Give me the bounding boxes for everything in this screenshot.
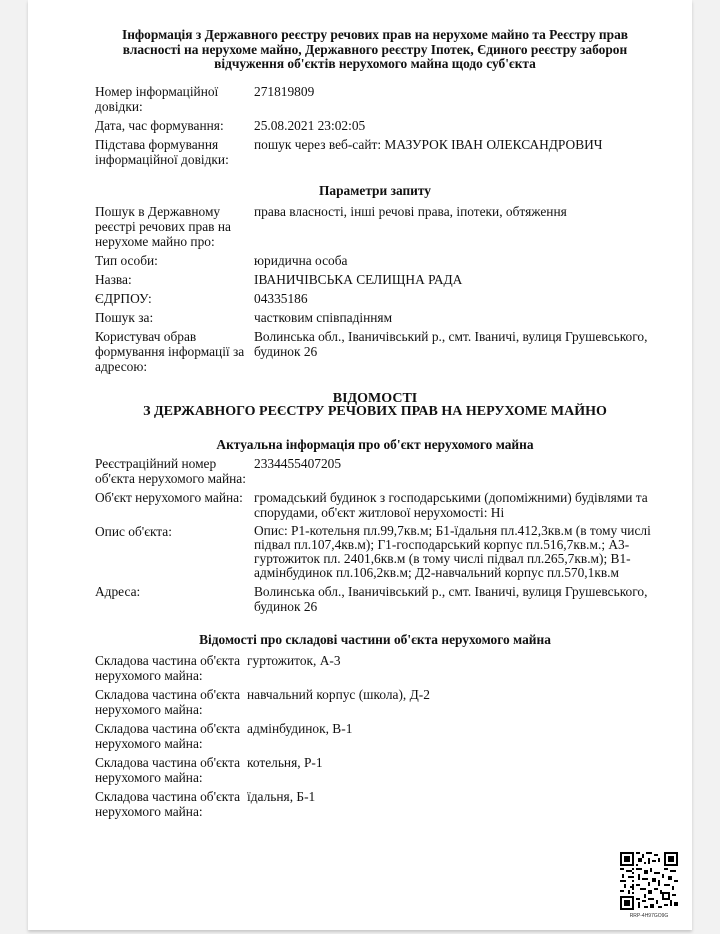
qr-code-caption: RRP-4H97GO9G <box>613 913 685 919</box>
row-value: 04335186 <box>254 291 655 306</box>
document-page: Інформація з Державного реєстру речових … <box>28 0 692 930</box>
row-value: 25.08.2021 23:02:05 <box>254 118 655 133</box>
row-value: 271819809 <box>254 84 655 99</box>
row-label: Складова частина об'єкта нерухомого майн… <box>95 755 247 785</box>
row-value: котельня, Р-1 <box>247 755 655 770</box>
row-label: Пошук в Державному реєстрі речових прав … <box>95 204 254 249</box>
query-section: Пошук в Державному реєстрі речових прав … <box>95 204 655 374</box>
row-label: Назва: <box>95 272 254 287</box>
object-row: Об'єкт нерухомого майна: громадський буд… <box>95 490 655 520</box>
query-row: Пошук в Державному реєстрі речових прав … <box>95 204 655 249</box>
row-label: Складова частина об'єкта нерухомого майн… <box>95 789 247 819</box>
component-row: Складова частина об'єкта нерухомого майн… <box>95 721 655 751</box>
row-label: Пошук за: <box>95 310 254 325</box>
registry-heading: ВІДОМОСТІ З ДЕРЖАВНОГО РЕЄСТРУ РЕЧОВИХ П… <box>95 392 655 419</box>
component-row: Складова частина об'єкта нерухомого майн… <box>95 653 655 683</box>
registry-title-line2: З ДЕРЖАВНОГО РЕЄСТРУ РЕЧОВИХ ПРАВ НА НЕР… <box>95 405 655 419</box>
object-section-title: Актуальна інформація про об'єкт нерухомо… <box>95 437 655 452</box>
query-row: ЄДРПОУ: 04335186 <box>95 291 655 306</box>
info-row: Дата, час формування: 25.08.2021 23:02:0… <box>95 118 655 133</box>
components-section: Складова частина об'єкта нерухомого майн… <box>95 653 655 819</box>
row-label: Номер інформаційної довідки: <box>95 84 254 114</box>
row-value: гуртожиток, А-3 <box>247 653 655 668</box>
row-value: Опис: Р1-котельня пл.99,7кв.м; Б1-їдальн… <box>254 524 655 580</box>
row-label: Тип особи: <box>95 253 254 268</box>
component-row: Складова частина об'єкта нерухомого майн… <box>95 687 655 717</box>
row-label: Дата, час формування: <box>95 118 254 133</box>
row-value: навчальний корпус (школа), Д-2 <box>247 687 655 702</box>
query-row: Пошук за: частковим співпадінням <box>95 310 655 325</box>
row-value: їдальня, Б-1 <box>247 789 655 804</box>
info-row: Номер інформаційної довідки: 271819809 <box>95 84 655 114</box>
document-content: Інформація з Державного реєстру речових … <box>95 28 655 823</box>
row-label: Складова частина об'єкта нерухомого майн… <box>95 687 247 717</box>
row-label: Реєстраційний номер об'єкта нерухомого м… <box>95 456 254 486</box>
row-value: 2334455407205 <box>254 456 655 471</box>
query-row: Користувач обрав формування інформації з… <box>95 329 655 374</box>
row-value: Волинська обл., Іваничівський р., смт. І… <box>254 584 655 614</box>
object-section: Реєстраційний номер об'єкта нерухомого м… <box>95 456 655 614</box>
row-value: Волинська обл., Іваничівський р., смт. І… <box>254 329 655 359</box>
query-row: Назва: ІВАНИЧІВСЬКА СЕЛИЩНА РАДА <box>95 272 655 287</box>
row-label: Опис об'єкта: <box>95 524 254 539</box>
row-label: Користувач обрав формування інформації з… <box>95 329 254 374</box>
header-section: Номер інформаційної довідки: 271819809 Д… <box>95 84 655 167</box>
row-label: Складова частина об'єкта нерухомого майн… <box>95 653 247 683</box>
row-label: Адреса: <box>95 584 254 599</box>
row-label: Підстава формування інформаційної довідк… <box>95 137 254 167</box>
query-section-title: Параметри запиту <box>95 183 655 198</box>
row-label: Складова частина об'єкта нерухомого майн… <box>95 721 247 751</box>
query-row: Тип особи: юридична особа <box>95 253 655 268</box>
row-value: пошук через веб-сайт: МАЗУРОК ІВАН ОЛЕКС… <box>254 137 655 152</box>
row-value: громадський будинок з господарськими (до… <box>254 490 655 520</box>
info-row: Підстава формування інформаційної довідк… <box>95 137 655 167</box>
registry-title-line1: ВІДОМОСТІ <box>95 392 655 406</box>
row-label: ЄДРПОУ: <box>95 291 254 306</box>
row-value: ІВАНИЧІВСЬКА СЕЛИЩНА РАДА <box>254 272 655 287</box>
object-row: Адреса: Волинська обл., Іваничівський р.… <box>95 584 655 614</box>
row-value: права власності, інші речові права, іпот… <box>254 204 655 219</box>
row-value: частковим співпадінням <box>254 310 655 325</box>
object-row: Реєстраційний номер об'єкта нерухомого м… <box>95 456 655 486</box>
component-row: Складова частина об'єкта нерухомого майн… <box>95 755 655 785</box>
row-label: Об'єкт нерухомого майна: <box>95 490 254 505</box>
document-title: Інформація з Державного реєстру речових … <box>95 28 655 72</box>
qr-code-icon <box>620 852 678 910</box>
row-value: юридична особа <box>254 253 655 268</box>
row-value: адмінбудинок, В-1 <box>247 721 655 736</box>
object-row: Опис об'єкта: Опис: Р1-котельня пл.99,7к… <box>95 524 655 580</box>
components-section-title: Відомості про складові частини об'єкта н… <box>95 632 655 647</box>
component-row: Складова частина об'єкта нерухомого майн… <box>95 789 655 819</box>
